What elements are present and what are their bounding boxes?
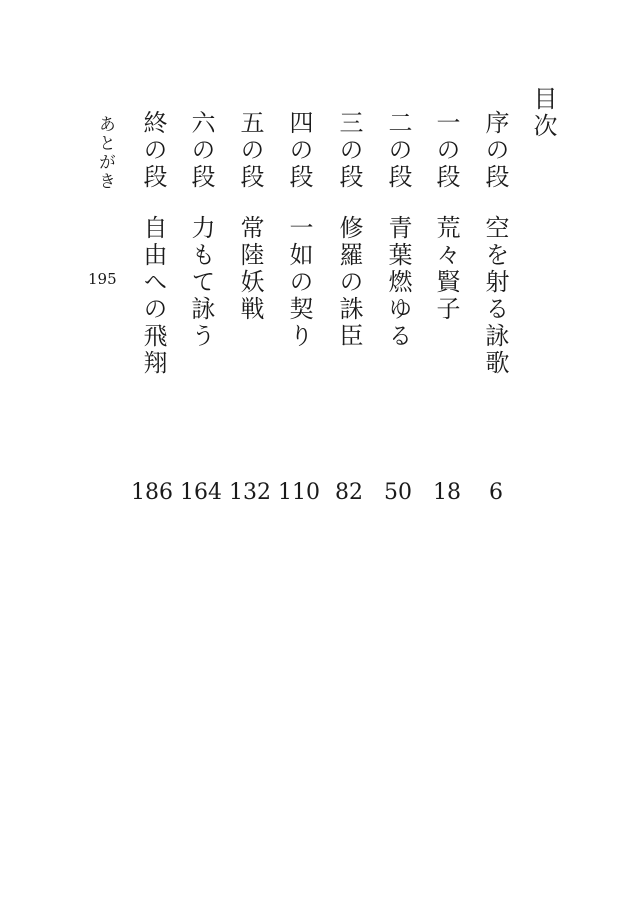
chapter-subtitle: 力もて詠う [188,215,214,350]
page-number: 110 [274,480,324,505]
afterword-label: あとがき [92,115,118,191]
page-number: 164 [176,480,226,505]
toc-title: 目次 [530,86,556,140]
chapter-subtitle: 常陸妖戦 [237,215,263,323]
chapter-subtitle: 青葉燃ゆる [385,215,411,350]
page-number: 50 [373,480,423,505]
chapter-label: 終の段 [140,110,166,191]
chapter-label: 六の段 [188,110,214,191]
chapter-subtitle: 自由への飛翔 [140,215,166,377]
chapter-label: 四の段 [286,110,312,191]
chapter-label: 五の段 [237,110,263,191]
chapter-label: 序の段 [482,110,508,191]
page-number: 82 [324,480,374,505]
chapter-label: 二の段 [385,110,411,191]
page-number: 186 [127,480,177,505]
chapter-subtitle: 空を射る詠歌 [482,215,508,377]
afterword-page: 195 [88,270,117,288]
chapter-label: 三の段 [336,110,362,191]
chapter-label: 一の段 [433,110,459,191]
chapter-subtitle: 修羅の誅臣 [336,215,362,350]
chapter-subtitle: 一如の契り [286,215,312,350]
page-number: 6 [471,480,521,505]
chapter-subtitle: 荒々賢子 [433,215,459,323]
page-number: 132 [225,480,275,505]
page-number: 18 [422,480,472,505]
